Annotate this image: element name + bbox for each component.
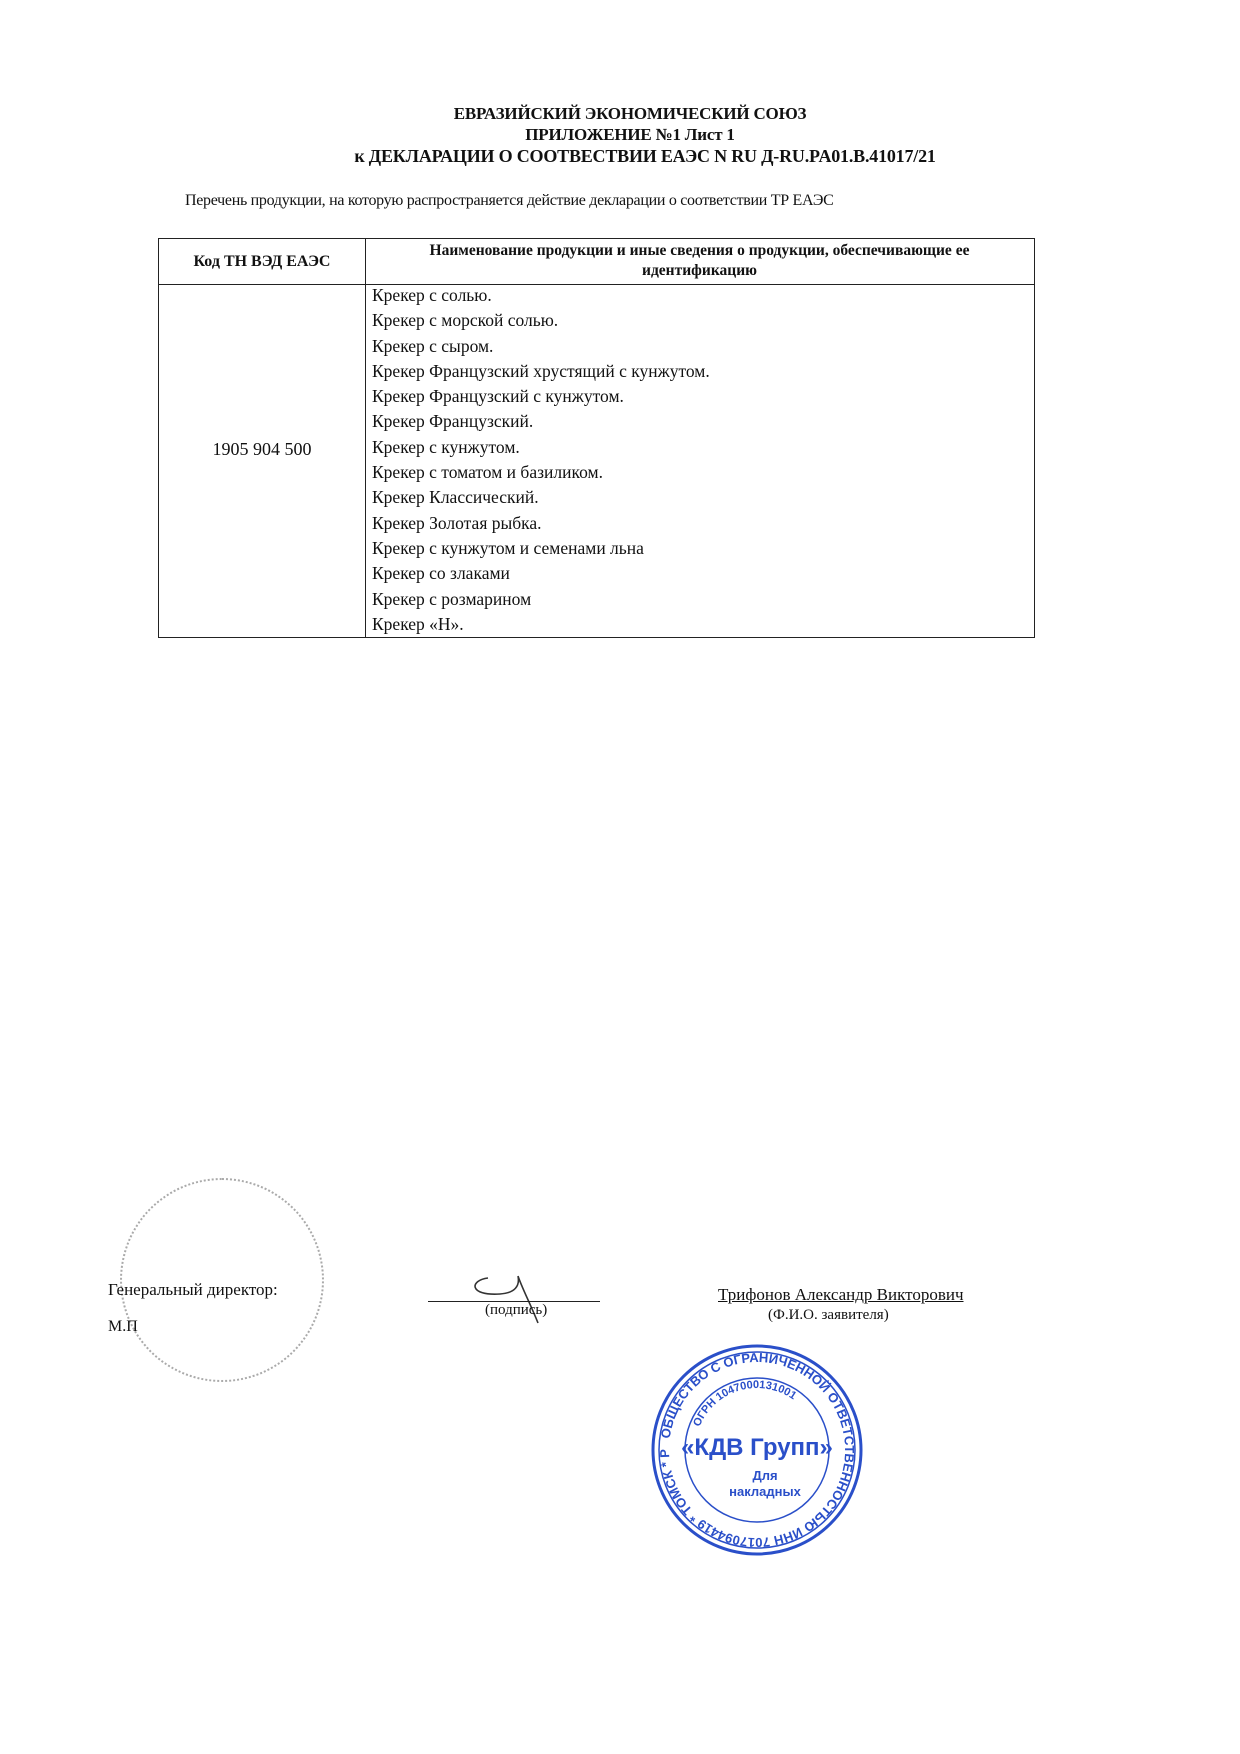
column-header-code: Код ТН ВЭД ЕАЭС <box>159 253 365 271</box>
applicant-name: Трифонов Александр Викторович <box>718 1285 964 1305</box>
product-table: Код ТН ВЭД ЕАЭС Наименование продукции и… <box>158 238 1035 638</box>
stamp-ogrn: ОГРН 1047000131001 <box>691 1379 798 1428</box>
list-item: Крекер с кунжутом. <box>372 435 710 460</box>
list-item: Крекер с кунжутом и семенами льна <box>372 536 710 561</box>
list-item: Крекер «Н». <box>372 612 710 637</box>
list-item: Крекер со злаками <box>372 561 710 586</box>
company-stamp-icon: ОБЩЕСТВО С ОГРАНИЧЕННОЙ ОТВЕТСТВЕННОСТЬЮ… <box>647 1340 867 1560</box>
list-item: Крекер с томатом и базиликом. <box>372 460 710 485</box>
list-item: Крекер с солью. <box>372 283 710 308</box>
stamp-purpose-2: накладных <box>729 1484 801 1499</box>
seal-mark-label: М.П <box>108 1318 138 1336</box>
stamp-purpose-1: Для <box>752 1468 777 1483</box>
svg-text:ОГРН 1047000131001: ОГРН 1047000131001 <box>691 1379 798 1428</box>
position-label: Генеральный директор: <box>108 1280 278 1300</box>
appendix-title: ПРИЛОЖЕНИЕ №1 Лист 1 <box>10 125 1240 145</box>
list-item: Крекер с сыром. <box>372 334 710 359</box>
product-list-caption: Перечень продукции, на которую распростр… <box>185 192 834 210</box>
list-item: Крекер Классический. <box>372 485 710 510</box>
signature-label: (подпись) <box>485 1302 547 1319</box>
column-header-name: Наименование продукции и иные сведения о… <box>365 241 1034 281</box>
union-title: ЕВРАЗИЙСКИЙ ЭКОНОМИЧЕСКИЙ СОЮЗ <box>10 104 1240 124</box>
product-list: Крекер с солью. Крекер с морской солью. … <box>372 283 710 637</box>
list-item: Крекер Золотая рыбка. <box>372 511 710 536</box>
hs-code-cell: 1905 904 500 <box>159 439 365 460</box>
stamp-company: «КДВ Групп» <box>681 1434 833 1461</box>
applicant-label: (Ф.И.О. заявителя) <box>768 1307 889 1324</box>
list-item: Крекер Французский хрустящий с кунжутом. <box>372 359 710 384</box>
declaration-number: к ДЕКЛАРАЦИИ О СООТВЕСТВИИ ЕАЭС N RU Д-R… <box>25 146 1240 167</box>
list-item: Крекер Французский с кунжутом. <box>372 384 710 409</box>
list-item: Крекер с розмарином <box>372 587 710 612</box>
list-item: Крекер Французский. <box>372 409 710 434</box>
list-item: Крекер с морской солью. <box>372 308 710 333</box>
column-divider <box>365 239 366 637</box>
